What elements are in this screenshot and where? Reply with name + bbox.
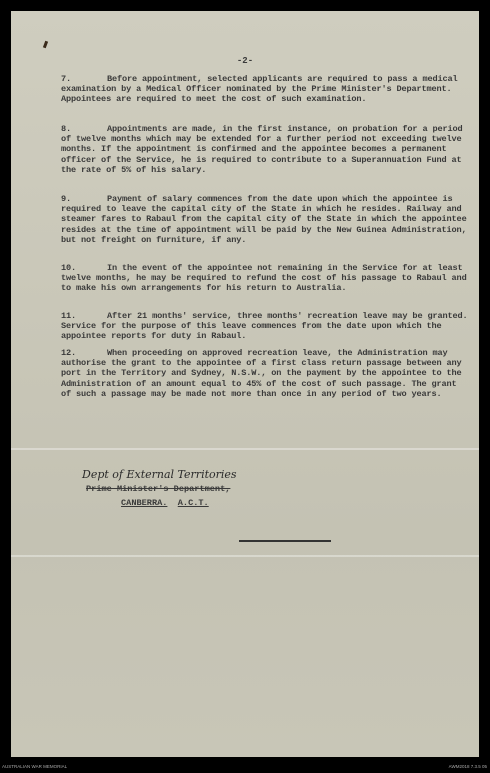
paragraph-11: 11.After 21 months' service, three month… xyxy=(61,311,471,342)
ink-mark xyxy=(43,41,48,49)
page-number: -2- xyxy=(11,56,479,66)
paragraph-9: 9.Payment of salary commences from the d… xyxy=(61,194,471,245)
fold-line xyxy=(11,448,479,450)
fold-line xyxy=(11,555,479,557)
address-city: CANBERRA. A.C.T. xyxy=(121,498,209,508)
footer-credit: AUSTRALIAN WAR MEMORIAL xyxy=(2,764,67,769)
paragraph-12: 12.When proceeding on approved recreatio… xyxy=(61,348,471,399)
paragraph-7: 7.Before appointment, selected applicant… xyxy=(61,74,471,105)
handwritten-annotation: Dept of External Territories xyxy=(82,468,237,481)
paragraph-10: 10.In the event of the appointee not rem… xyxy=(61,263,471,294)
signature-rule xyxy=(239,540,331,542)
document-page: -2- 7.Before appointment, selected appli… xyxy=(11,11,479,757)
struck-department: Prime Minister's Department, xyxy=(86,484,230,494)
footer-reference: AWM2018 7.3.5 05 xyxy=(449,764,487,769)
paragraph-8: 8.Appointments are made, in the first in… xyxy=(61,124,471,175)
